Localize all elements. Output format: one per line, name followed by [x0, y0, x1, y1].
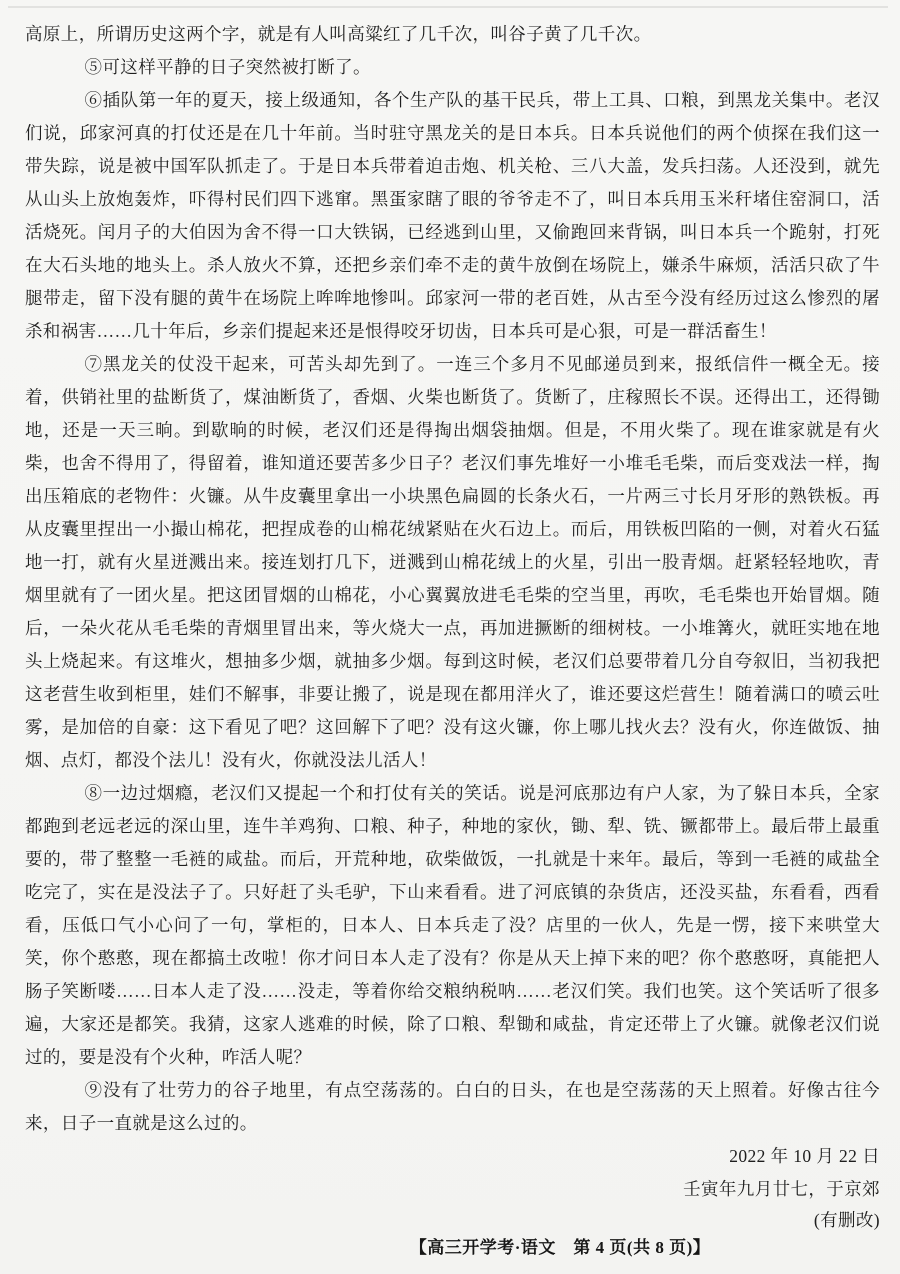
reading-passage: 高原上，所谓历史这两个字，就是有人叫高粱红了几千次，叫谷子黄了几千次。 ⑤可这样… — [25, 18, 880, 1262]
paragraph-6: ⑥插队第一年的夏天，接上级通知，各个生产队的基干民兵，带上工具、口粮，到黑龙关集… — [25, 84, 880, 348]
paragraph-7: ⑦黑龙关的仗没干起来，可苦头却先到了。一连三个多月不见邮递员到来，报纸信件一概全… — [25, 348, 880, 777]
paragraph-continuation: 高原上，所谓历史这两个字，就是有人叫高粱红了几千次，叫谷子黄了几千次。 — [25, 18, 880, 51]
date-line: 2022 年 10 月 22 日 — [25, 1140, 880, 1173]
lunar-date-line: 壬寅年九月廿七，于京郊 — [25, 1173, 880, 1206]
paragraph-5: ⑤可这样平静的日子突然被打断了。 — [25, 51, 880, 84]
paragraph-8: ⑧一边过烟瘾，老汉们又提起一个和打仗有关的笑话。说是河底那边有户人家，为了躲日本… — [25, 777, 880, 1074]
scanned-exam-page: 高原上，所谓历史这两个字，就是有人叫高粱红了几千次，叫谷子黄了几千次。 ⑤可这样… — [0, 0, 900, 1274]
edit-note: (有删改) — [25, 1206, 880, 1234]
scan-artifact-line — [8, 6, 888, 8]
paragraph-9: ⑨没有了壮劳力的谷子地里，有点空荡荡的。白白的日头，在也是空荡荡的天上照着。好像… — [25, 1074, 880, 1140]
page-footer: 【高三开学考·语文 第 4 页(共 8 页)】 — [25, 1234, 880, 1262]
